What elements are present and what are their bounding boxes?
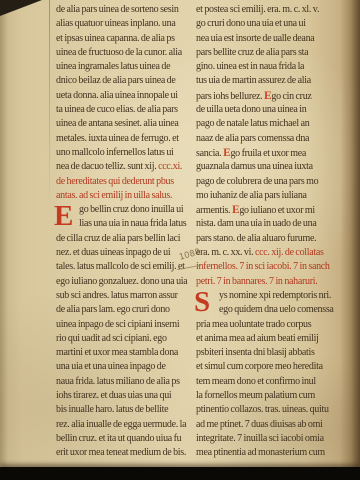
text-line: Ego bellin cruz dono inuilla ui	[56, 203, 196, 217]
text-segment: armentis.	[196, 205, 232, 216]
text-line: ueta donna. alia uinea innopale ui	[56, 89, 196, 103]
text-line: guaznala damus una uinea iuxta	[196, 160, 348, 174]
text-segment: go iuliano et uxor mi	[239, 205, 315, 216]
text-line: bellin cruz. et ita ut quando uiua fu	[56, 432, 196, 446]
text-line: uinea de fructuoso de la cunor. alia	[56, 46, 196, 60]
text-line: go cruri dono una uia et una ui	[196, 17, 348, 31]
text-line: ptinentio collazos. tras. uineas. quitu	[196, 403, 348, 417]
text-segment: de uilla ueta dono una uinea in	[196, 104, 306, 115]
bottom-black-border	[0, 467, 360, 480]
text-segment: mea ptinentia ad monasterium cum	[196, 447, 325, 458]
text-segment: rez. alia inualle de egga uermude. la	[56, 419, 186, 430]
text-segment: uno mallcolo infernellos latus ui	[56, 147, 174, 158]
text-line: uinea ingramales latus uinea de	[56, 60, 196, 74]
text-line: de uilla ueta dono una uinea in	[196, 103, 348, 117]
text-line: psbiteri insenta dni blasij abbatis	[196, 346, 348, 360]
text-segment: nista. dam una uia in uado de una	[196, 218, 316, 229]
text-line: lias una uia in naua frida latus	[56, 217, 196, 231]
text-segment: tus uia de martin assurez de alia	[196, 75, 311, 86]
text-line: metales. iuxta uinea de ferrugo. et	[56, 132, 196, 146]
text-line: ta uinea de cuco elias. de alia pars	[56, 103, 196, 117]
right-text-column: et postea sci emilij. era. m. c. xl. v.g…	[196, 3, 348, 461]
text-segment: naua frida. latus miliano de alia ps	[56, 376, 180, 387]
text-line: ad me ptinet. 7 duas diuisas ab omi	[196, 418, 348, 432]
text-line: Sys nomine xpi redemptoris nri.	[196, 289, 348, 303]
parchment-crease	[49, 0, 50, 218]
text-line: uinea inpago de sci cipiani inserni	[56, 318, 196, 332]
left-text-column: de alia pars uinea de sorteno sesinalias…	[56, 3, 196, 461]
text-segment: de cilla cruz de alia pars bellin laci	[56, 233, 180, 244]
text-segment: ys nomine xpi redemptoris nri.	[219, 290, 331, 301]
text-line: naua frida. latus miliano de alia ps	[56, 375, 196, 389]
text-line: rez. alia inualle de egga uermude. la	[56, 418, 196, 432]
text-segment: pago de natale latus michael an	[196, 118, 309, 129]
text-segment: metales. iuxta uinea de ferrugo. et	[56, 133, 179, 144]
text-segment: et ipsas uinea capanna. de alia ps	[56, 33, 175, 44]
text-segment: uinea de fructuoso de la cunor. alia	[56, 47, 182, 58]
text-line: nea uia est insorte de ualle deana	[196, 32, 348, 46]
text-segment: tem meam dono et confirmo inul	[196, 376, 316, 387]
text-line: de cilla cruz de alia pars bellin laci	[56, 232, 196, 246]
text-line: erit uxor mea teneat medium de bis.	[56, 446, 196, 460]
rubric-segment: infernellos. 7 in sci iacobi. 7 in sanch	[196, 261, 330, 272]
text-line: de alia pars lam. ego cruri dono	[56, 303, 196, 317]
text-line: rio qui uadit ad sci cipiani. ego	[56, 332, 196, 346]
text-line: una uia et una uinea inpago de	[56, 360, 196, 374]
text-line: dnico beilaz de alia pars uinea de	[56, 74, 196, 88]
text-segment: lias una uia in naua frida latus	[79, 218, 186, 229]
text-line: sancia. Ego fruila et uxor mea	[196, 146, 348, 160]
text-segment: iohs tirarez. et duas uias una qui	[56, 390, 171, 401]
text-segment: dnico beilaz de alia pars uinea de	[56, 75, 176, 86]
text-segment: pria mea uoluntate trado corpus	[196, 319, 311, 330]
text-segment: ad me ptinet. 7 duas diuisas ab omi	[196, 419, 323, 430]
text-line: tales. latus mallcolo de sci emilij. et	[56, 260, 196, 274]
text-segment: mo iuhaniz de alia pars iuliana	[196, 190, 307, 201]
rubric-segment: de hereditates qui dederunt pbus	[56, 176, 174, 187]
text-segment: pars stano. de alia aluaro furume.	[196, 233, 316, 244]
text-segment: sancia.	[196, 148, 223, 159]
text-segment: psbiteri insenta dni blasij abbatis	[196, 347, 315, 358]
text-segment: tales. latus mallcolo de sci emilij. et	[56, 261, 185, 272]
text-line: nez. et duas uineas inpago de ui	[56, 246, 196, 260]
text-line: et ipsas uinea capanna. de alia ps	[56, 32, 196, 46]
text-segment: uinea inpago de sci cipiani inserni	[56, 319, 179, 330]
text-segment: ptinentio collazos. tras. uineas. quitu	[196, 404, 329, 415]
text-line: mo iuhaniz de alia pars iuliana	[196, 189, 348, 203]
text-segment: erit uxor mea teneat medium de bis.	[56, 447, 186, 458]
text-line: ego iuliano gonzaluez. dono una uia	[56, 275, 196, 289]
text-segment: uinea ingramales latus uinea de	[56, 61, 170, 72]
text-line: iohs tirarez. et duas uias una qui	[56, 389, 196, 403]
text-line: antas. ad sci emilij in uilla salus.	[56, 189, 196, 203]
text-segment: ueta donna. alia uinea innopale ui	[56, 90, 178, 101]
text-line: infernellos. 7 in sci iacobi. 7 in sanch	[196, 260, 348, 274]
text-segment: nea uia est insorte de ualle deana	[196, 33, 314, 44]
text-segment: nea de dacuo telliz. sunt xij.	[56, 161, 158, 172]
text-line: era. m. c. xx. vi. ccc. xij. de collatas	[196, 246, 348, 260]
rubric-segment: antas. ad sci emilij in uilla salus.	[56, 190, 172, 201]
text-line: et anima mea ad aium beati emilij	[196, 332, 348, 346]
text-line: nista. dam una uia in uado de una	[196, 217, 348, 231]
text-line: ego quidem dna uelo comenssa	[196, 303, 348, 317]
manuscript-page-photo: de alia pars uinea de sorteno sesinalias…	[0, 0, 360, 480]
text-segment: sub sci andres. latus marron assur	[56, 290, 178, 301]
text-line: pars bellite cruz de alia pars sta	[196, 46, 348, 60]
text-segment: la fornellos meum palatium cum	[196, 390, 315, 401]
text-line: petri. 7 in bannares. 7 in naharuri.	[196, 275, 348, 289]
text-line: naaz de alia pars comenssa dna	[196, 132, 348, 146]
page-right-edge	[340, 0, 360, 480]
text-segment: de alia pars uinea de sorteno sesin	[56, 4, 179, 15]
text-segment: et simul cum corpore meo heredita	[196, 361, 323, 372]
text-line: de hereditates qui dederunt pbus	[56, 175, 196, 189]
text-segment: bellin cruz. et ita ut quando uiua fu	[56, 433, 181, 444]
text-segment: ego quidem dna uelo comenssa	[219, 304, 334, 315]
rubric-segment: ccc. xij. de collatas	[255, 247, 324, 258]
text-segment: nez. et duas uineas inpago de ui	[56, 247, 170, 258]
text-line: integritate. 7 inuilla sci iacobi omia	[196, 432, 348, 446]
text-segment: et anima mea ad aium beati emilij	[196, 333, 319, 344]
text-segment: ta uinea de cuco elias. de alia pars	[56, 104, 178, 115]
text-segment: ego iuliano gonzaluez. dono una uia	[56, 276, 187, 287]
text-line: uno mallcolo infernellos latus ui	[56, 146, 196, 160]
text-segment: integritate. 7 inuilla sci iacobi omia	[196, 433, 324, 444]
text-segment: uinea de antana sesinet. alia uinea	[56, 118, 179, 129]
text-line: et postea sci emilij. era. m. c. xl. v.	[196, 3, 348, 17]
text-segment: guaznala damus una uinea iuxta	[196, 161, 313, 172]
text-segment: era. m. c. xx. vi.	[196, 247, 255, 258]
dark-corner-top-left	[0, 0, 42, 16]
text-segment: pars iohs bellurez.	[196, 91, 264, 102]
page-left-edge-shadow	[0, 0, 8, 480]
text-segment: de alia pars lam. ego cruri dono	[56, 304, 170, 315]
text-segment: naaz de alia pars comenssa dna	[196, 133, 309, 144]
text-line: tem meam dono et confirmo inul	[196, 375, 348, 389]
text-segment: alias quatuor uineas inplano. una	[56, 18, 175, 29]
text-line: bis inualle haro. latus de bellite	[56, 403, 196, 417]
text-line: pars iohs bellurez. Ego cin cruz	[196, 89, 348, 103]
text-line: mea ptinentia ad monasterium cum	[196, 446, 348, 460]
text-line: alias quatuor uineas inplano. una	[56, 17, 196, 31]
text-segment: pars bellite cruz de alia pars sta	[196, 47, 308, 58]
text-line: tus uia de martin assurez de alia	[196, 74, 348, 88]
text-line: et simul cum corpore meo heredita	[196, 360, 348, 374]
text-segment: et postea sci emilij. era. m. c. xl. v.	[196, 4, 319, 15]
text-segment: gino. uinea est in naua frida la	[196, 61, 304, 72]
text-segment: go cruri dono una uia et una ui	[196, 18, 306, 29]
text-line: sub sci andres. latus marron assur	[56, 289, 196, 303]
text-line: pars stano. de alia aluaro furume.	[196, 232, 348, 246]
text-line: gino. uinea est in naua frida la	[196, 60, 348, 74]
text-segment: una uia et una uinea inpago de	[56, 361, 166, 372]
text-line: pria mea uoluntate trado corpus	[196, 318, 348, 332]
text-line: armentis. Ego iuliano et uxor mi	[196, 203, 348, 217]
text-segment: martini et uxor mea stambla dona	[56, 347, 178, 358]
text-segment: pago de colubrera de una pars mo	[196, 176, 318, 187]
text-segment: bis inualle haro. latus de bellite	[56, 404, 168, 415]
rubric-segment: petri. 7 in bannares. 7 in naharuri.	[196, 276, 317, 287]
text-line: la fornellos meum palatium cum	[196, 389, 348, 403]
text-line: pago de colubrera de una pars mo	[196, 175, 348, 189]
text-segment: go cin cruz	[271, 91, 311, 102]
text-line: pago de natale latus michael an	[196, 117, 348, 131]
text-segment: rio qui uadit ad sci cipiani. ego	[56, 333, 167, 344]
text-line: nea de dacuo telliz. sunt xij. ccc.xi.	[56, 160, 196, 174]
rubric-segment: ccc.xi.	[158, 161, 182, 172]
text-segment: go bellin cruz dono inuilla ui	[79, 204, 183, 215]
text-line: de alia pars uinea de sorteno sesin	[56, 3, 196, 17]
text-segment: go fruila et uxor mea	[230, 148, 306, 159]
text-line: uinea de antana sesinet. alia uinea	[56, 117, 196, 131]
text-line: martini et uxor mea stambla dona	[56, 346, 196, 360]
